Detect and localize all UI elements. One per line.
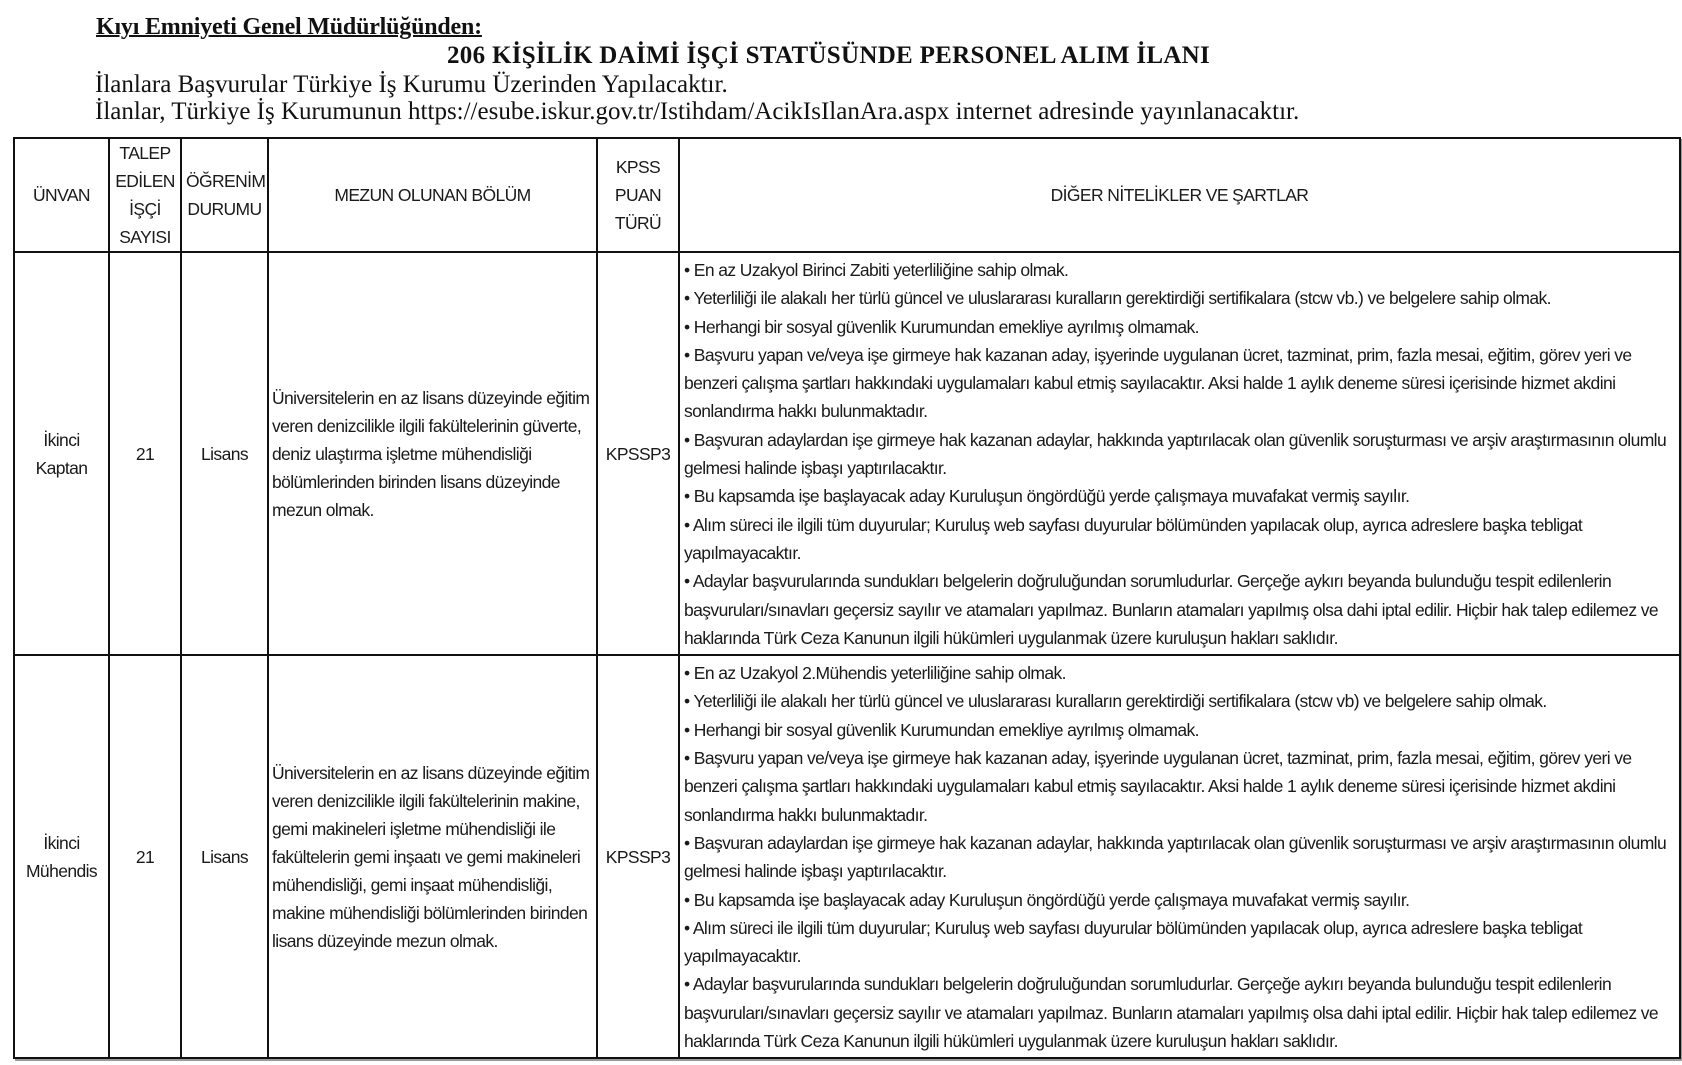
requirement-item: • Bu kapsamda işe başlayacak aday Kurulu… (684, 886, 1675, 914)
publication-info: İlanlar, Türkiye İş Kurumunun https://es… (95, 98, 1299, 126)
requirement-item: • Adaylar başvurularında sundukları belg… (684, 970, 1675, 1055)
cell-department: Üniversitelerin en az lisans düzeyinde e… (268, 252, 597, 655)
cell-count: 21 (109, 655, 181, 1058)
requirement-item: • Başvuru yapan ve/veya işe girmeye hak … (684, 744, 1675, 829)
organization-title: Kıyı Emniyeti Genel Müdürlüğünden: (96, 14, 482, 41)
requirement-item: • Herhangi bir sosyal güvenlik Kurumunda… (684, 313, 1675, 341)
announcement-heading: 206 KİŞİLİK DAİMİ İŞÇİ STATÜSÜNDE PERSON… (447, 42, 1210, 70)
column-header-bolum: MEZUN OLUNAN BÖLÜM (268, 138, 597, 252)
column-header-unvan: ÜNVAN (14, 138, 109, 252)
application-info: İlanlara Başvurular Türkiye İş Kurumu Üz… (95, 71, 728, 99)
cell-unvan: İkinciKaptan (14, 252, 109, 655)
requirement-item: • Alım süreci ile ilgili tüm duyurular; … (684, 914, 1675, 971)
cell-requirements: • En az Uzakyol 2.Mühendis yeterliliğine… (679, 655, 1680, 1058)
cell-count: 21 (109, 252, 181, 655)
table-header-row: ÜNVAN TALEP EDİLEN İŞÇİ SAYISI ÖĞRENİM D… (14, 138, 1680, 252)
requirement-item: • Herhangi bir sosyal güvenlik Kurumunda… (684, 716, 1675, 744)
requirement-item: • Alım süreci ile ilgili tüm duyurular; … (684, 511, 1675, 568)
cell-education: Lisans (181, 252, 268, 655)
cell-requirements: • En az Uzakyol Birinci Zabiti yeterlili… (679, 252, 1680, 655)
column-header-talep: TALEP EDİLEN İŞÇİ SAYISI (109, 138, 181, 252)
requirement-item: • Bu kapsamda işe başlayacak aday Kurulu… (684, 482, 1675, 510)
cell-kpss: KPSSP3 (597, 655, 679, 1058)
column-header-ogrenim: ÖĞRENİM DURUMU (181, 138, 268, 252)
requirement-item: • Başvuran adaylardan işe girmeye hak ka… (684, 829, 1675, 886)
requirement-item: • En az Uzakyol Birinci Zabiti yeterlili… (684, 256, 1675, 284)
table-row: İkinciKaptan 21 Lisans Üniversitelerin e… (14, 252, 1680, 655)
job-positions-table: ÜNVAN TALEP EDİLEN İŞÇİ SAYISI ÖĞRENİM D… (13, 137, 1681, 1059)
requirement-item: • Başvuran adaylardan işe girmeye hak ka… (684, 426, 1675, 483)
column-header-diger: DİĞER NİTELİKLER VE ŞARTLAR (679, 138, 1680, 252)
table-row: İkinciMühendis 21 Lisans Üniversitelerin… (14, 655, 1680, 1058)
requirement-item: • Başvuru yapan ve/veya işe girmeye hak … (684, 341, 1675, 426)
cell-unvan: İkinciMühendis (14, 655, 109, 1058)
requirement-item: • Adaylar başvurularında sundukları belg… (684, 567, 1675, 652)
requirement-item: • Yeterliliği ile alakalı her türlü günc… (684, 284, 1675, 312)
cell-kpss: KPSSP3 (597, 252, 679, 655)
cell-department: Üniversitelerin en az lisans düzeyinde e… (268, 655, 597, 1058)
requirement-item: • Yeterliliği ile alakalı her türlü günc… (684, 687, 1675, 715)
cell-education: Lisans (181, 655, 268, 1058)
requirement-item: • En az Uzakyol 2.Mühendis yeterliliğine… (684, 659, 1675, 687)
column-header-kpss: KPSS PUAN TÜRÜ (597, 138, 679, 252)
